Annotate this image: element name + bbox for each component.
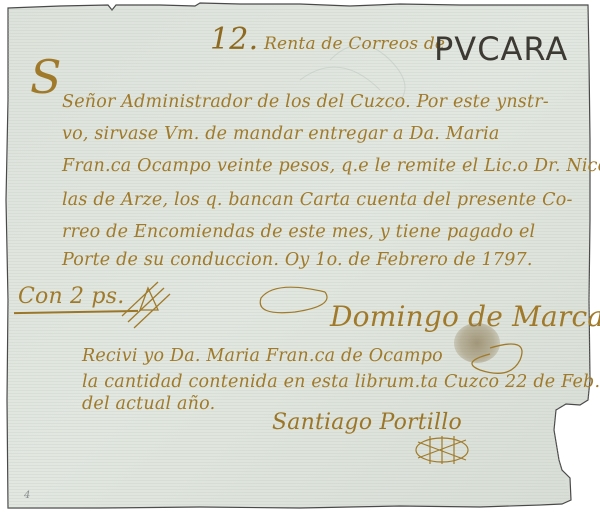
page-mark: 4 (24, 490, 30, 501)
body-line-4: las de Arze, los q. bancan Carta cuenta … (62, 190, 573, 210)
document-sheet: 12. Renta de Correos de PVCARA S Señor A… (0, 0, 600, 512)
receipt-line-1: Recivi yo Da. Maria Fran.ca de Ocampo (82, 346, 443, 366)
body-line-5: rreo de Encomiendas de este mes, y tiene… (62, 222, 535, 242)
initial-capital: S (30, 50, 62, 104)
receipt-signature-rubric-icon (412, 432, 482, 472)
body-line-3: Fran.ca Ocampo veinte pesos, q.e le remi… (62, 156, 600, 176)
body-line-6: Porte de su conduccion. Oy 1o. de Febrer… (62, 250, 533, 270)
order-number: 12. (210, 22, 258, 57)
header-title: Renta de Correos de (264, 34, 445, 54)
body-line-1: Señor Administrador de los del Cuzco. Po… (62, 92, 549, 112)
receipt-line-3: del actual año. (82, 394, 215, 414)
rubric-flourish-icon (118, 280, 178, 330)
stamp-text: PVCARA (434, 30, 568, 68)
town-stamp: PVCARA (434, 30, 568, 68)
margin-note: Con 2 ps. (18, 284, 124, 309)
body-line-2: vo, sirvase Vm. de mandar entregar a Da.… (62, 124, 500, 144)
receipt-flourish-icon (460, 340, 560, 400)
